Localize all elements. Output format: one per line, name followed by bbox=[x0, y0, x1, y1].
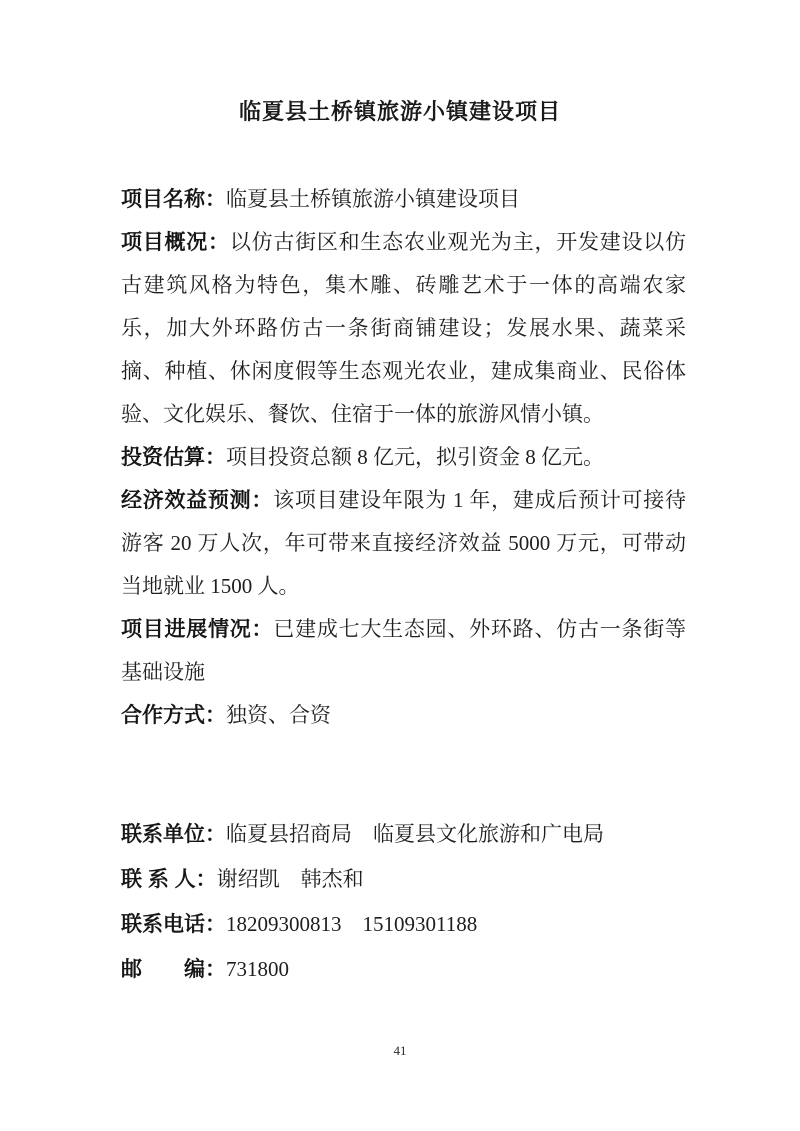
contact-phone: 联系电话：18209300813 15109301188 bbox=[121, 902, 686, 947]
contact-person: 联 系 人：谢绍凯 韩杰和 bbox=[121, 857, 686, 902]
document-body: 项目名称：临夏县土桥镇旅游小镇建设项目 项目概况：以仿古街区和生态农业观光为主，… bbox=[121, 178, 686, 992]
field-investment-estimate-value: 项目投资总额 8 亿元，拟引资金 8 亿元。 bbox=[226, 445, 604, 469]
contact-unit-value: 临夏县招商局 临夏县文化旅游和广电局 bbox=[226, 822, 604, 846]
field-project-name-label: 项目名称： bbox=[121, 188, 226, 211]
field-cooperation-mode-value: 独资、合资 bbox=[226, 703, 331, 727]
contact-postal-code-value: 731800 bbox=[226, 957, 289, 981]
contact-unit-label: 联系单位： bbox=[121, 823, 226, 846]
field-cooperation-mode-label: 合作方式： bbox=[121, 704, 226, 727]
contact-block: 联系单位：临夏县招商局 临夏县文化旅游和广电局 联 系 人：谢绍凯 韩杰和 联系… bbox=[121, 812, 686, 992]
document-title: 临夏县土桥镇旅游小镇建设项目 bbox=[0, 0, 800, 127]
contact-postal-code: 邮 编：731800 bbox=[121, 947, 686, 992]
document-page: 临夏县土桥镇旅游小镇建设项目 项目名称：临夏县土桥镇旅游小镇建设项目 项目概况：… bbox=[0, 0, 800, 1131]
page-number: 41 bbox=[0, 1042, 800, 1060]
field-project-name: 项目名称：临夏县土桥镇旅游小镇建设项目 bbox=[121, 178, 686, 221]
contact-postal-code-label: 邮 编： bbox=[121, 958, 226, 981]
field-project-overview-label: 项目概况： bbox=[121, 231, 230, 254]
contact-phone-value: 18209300813 15109301188 bbox=[226, 912, 477, 936]
field-cooperation-mode: 合作方式：独资、合资 bbox=[121, 694, 686, 737]
contact-unit: 联系单位：临夏县招商局 临夏县文化旅游和广电局 bbox=[121, 812, 686, 857]
contact-person-label: 联 系 人： bbox=[121, 868, 217, 891]
contact-phone-label: 联系电话： bbox=[121, 913, 226, 936]
field-project-overview: 项目概况：以仿古街区和生态农业观光为主，开发建设以仿古建筑风格为特色，集木雕、砖… bbox=[121, 221, 686, 436]
field-project-overview-value: 以仿古街区和生态农业观光为主，开发建设以仿古建筑风格为特色，集木雕、砖雕艺术于一… bbox=[121, 230, 686, 426]
field-project-progress-label: 项目进展情况： bbox=[121, 618, 273, 641]
contact-person-value: 谢绍凯 韩杰和 bbox=[217, 867, 364, 891]
field-project-progress: 项目进展情况：已建成七大生态园、外环路、仿古一条街等基础设施 bbox=[121, 608, 686, 694]
field-investment-estimate: 投资估算：项目投资总额 8 亿元，拟引资金 8 亿元。 bbox=[121, 436, 686, 479]
field-economic-benefit-forecast: 经济效益预测：该项目建设年限为 1 年，建成后预计可接待游客 20 万人次，年可… bbox=[121, 479, 686, 608]
field-investment-estimate-label: 投资估算： bbox=[121, 446, 226, 469]
field-project-name-value: 临夏县土桥镇旅游小镇建设项目 bbox=[226, 187, 520, 211]
field-economic-benefit-forecast-label: 经济效益预测： bbox=[121, 489, 273, 512]
